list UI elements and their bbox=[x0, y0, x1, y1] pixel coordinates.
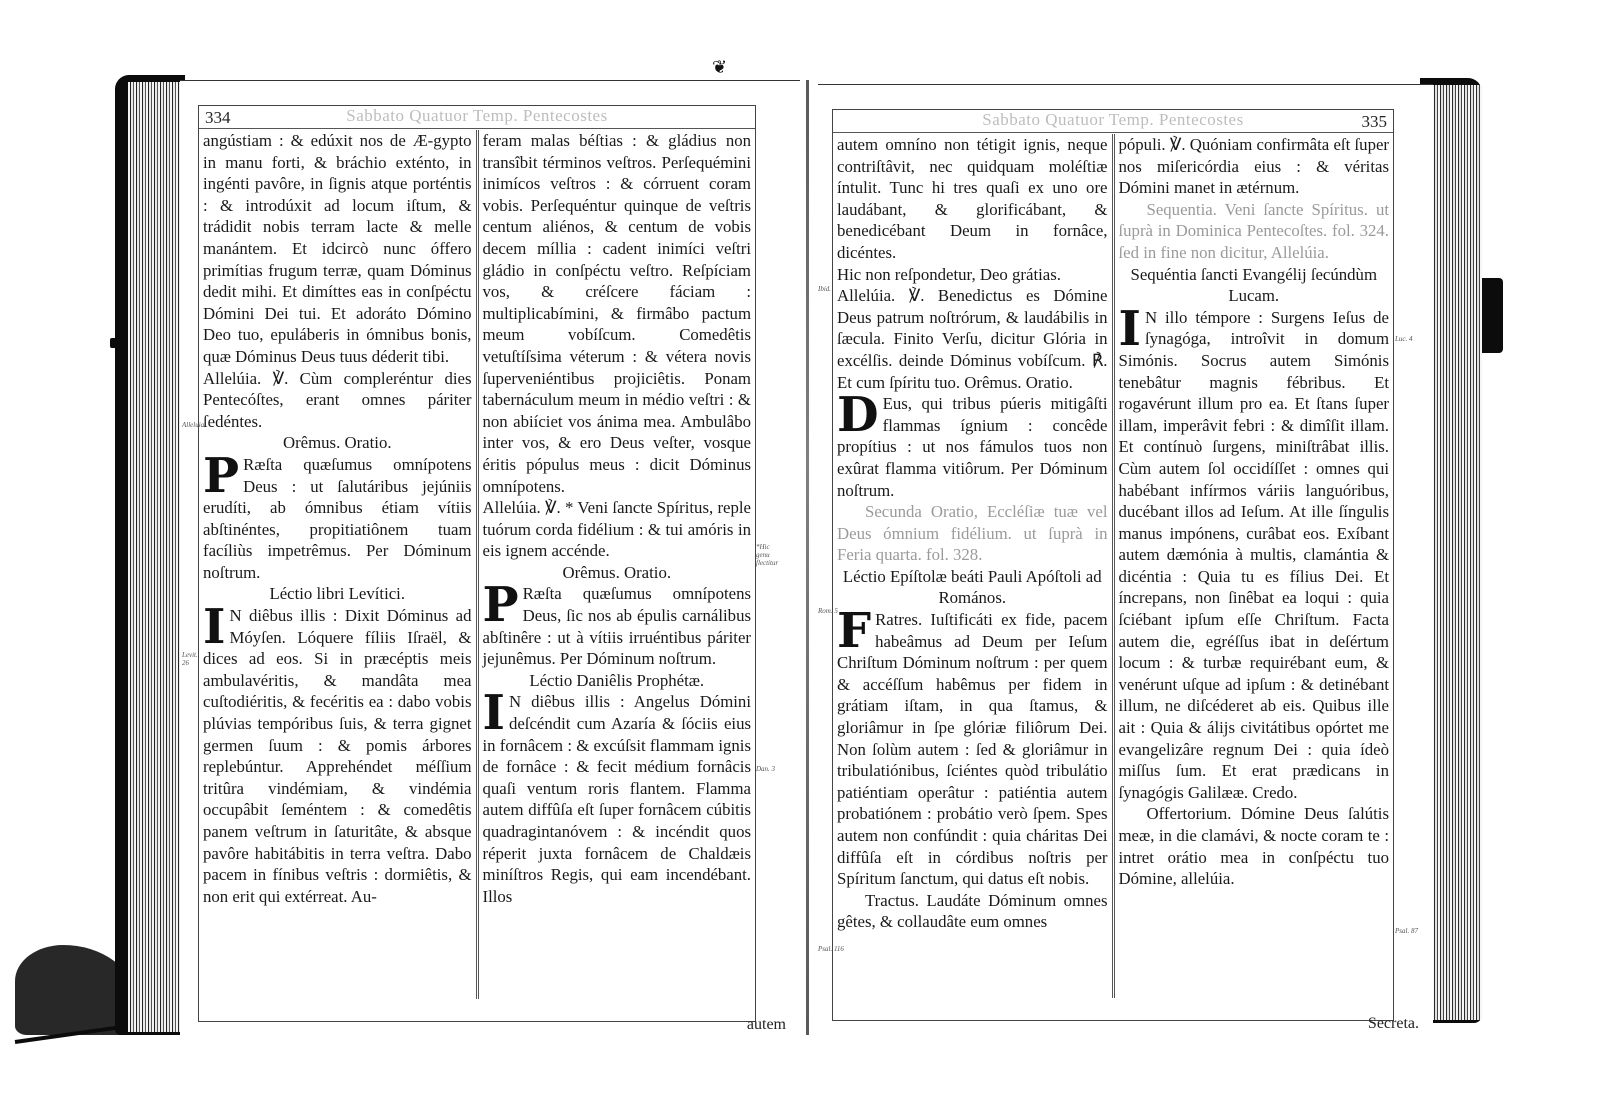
left-page: 334 Sabbato Quatuor Temp. Pentecostes an… bbox=[180, 80, 800, 1036]
epistle-text: Ratres. Iuſtificáti ex fide, pacem habeâ… bbox=[837, 610, 1108, 888]
left-text-frame: 334 Sabbato Quatuor Temp. Pentecostes an… bbox=[198, 105, 756, 1022]
lesson-heading: Léctio libri Levítici. bbox=[203, 583, 472, 605]
rubric-faint: Sequentia. Veni ſancte Spíritus. ut ſupr… bbox=[1119, 199, 1390, 264]
lesson-paragraph: IN diêbus illis : Dixit Dóminus ad Móyſe… bbox=[203, 605, 472, 907]
lesson-text: N diêbus illis : Angelus Dómini deſcéndi… bbox=[483, 692, 752, 905]
margin-note: Ibid. bbox=[818, 285, 831, 293]
dropcap: P bbox=[203, 456, 239, 496]
gospel-text: N illo témpore : Surgens Ieſus de ſynagó… bbox=[1119, 308, 1390, 802]
page-edges-left bbox=[128, 82, 180, 1032]
paragraph: autem omníno non tétigit ignis, neque co… bbox=[837, 134, 1108, 264]
alleluia-verse: Allelúia. ℣. Benedictus es Dómine Deus p… bbox=[837, 285, 1108, 393]
lesson-text: N diêbus illis : Dixit Dóminus ad Móyſen… bbox=[203, 606, 472, 906]
oremus-heading: Orêmus. Oratio. bbox=[483, 562, 752, 584]
oremus-heading: Orêmus. Oratio. bbox=[203, 432, 472, 454]
margin-note: Rom. 5 bbox=[818, 607, 838, 615]
paragraph: feram malas béſtias : & gládius non tran… bbox=[483, 130, 752, 497]
margin-note: Alleluia bbox=[182, 421, 204, 429]
collect-paragraph: DEus, qui tribus púeris mitigâſti flamma… bbox=[837, 393, 1108, 501]
margin-note: Dan. 3 bbox=[756, 765, 775, 773]
right-page-header: Sabbato Quatuor Temp. Pentecostes 335 bbox=[833, 110, 1393, 133]
right-column-1: autem omníno non tétigit ignis, neque co… bbox=[833, 134, 1112, 998]
ornament-icon: ❦ bbox=[712, 57, 727, 78]
alleluia-verse: Allelúia. ℣. Cùm compleréntur dies Pente… bbox=[203, 368, 472, 433]
gutter bbox=[806, 80, 809, 1035]
catchword: autem bbox=[747, 1016, 786, 1034]
running-head: Sabbato Quatuor Temp. Pentecostes bbox=[833, 110, 1393, 130]
margin-note: Psal. 87 bbox=[1395, 927, 1418, 935]
left-columns: angústiam : & edúxit nos de Æ-gypto in m… bbox=[199, 130, 755, 999]
tract: Tractus. Laudáte Dóminum omnes gêtes, & … bbox=[837, 890, 1108, 933]
right-column-2: pópuli. ℣. Quóniam confirmâta eſt ſuper … bbox=[1112, 134, 1394, 998]
catchword: Secreta. bbox=[1368, 1015, 1419, 1033]
margin-note: Levit. 26 bbox=[182, 651, 196, 667]
dropcap: I bbox=[1119, 309, 1141, 349]
offertory: Offertorium. Dómine Deus ſalútis meæ, in… bbox=[1119, 803, 1390, 889]
left-column-2: feram malas béſtias : & gládius non tran… bbox=[476, 130, 756, 999]
dropcap: D bbox=[837, 395, 879, 435]
right-columns: autem omníno non tétigit ignis, neque co… bbox=[833, 134, 1393, 998]
dropcap: I bbox=[203, 607, 225, 647]
collect-text: Ræſta quæſumus omnípotens Deus : ut ſalu… bbox=[203, 455, 472, 582]
dropcap: F bbox=[837, 611, 871, 651]
collect-paragraph: PRæſta quæſumus omnípotens Deus, ſic nos… bbox=[483, 583, 752, 669]
dropcap: I bbox=[483, 693, 505, 733]
gospel-heading: Sequéntia ſancti Evangélij ſecúndùm Luca… bbox=[1119, 264, 1390, 307]
left-page-header: 334 Sabbato Quatuor Temp. Pentecostes bbox=[199, 106, 755, 129]
clasp-left bbox=[110, 338, 122, 348]
rubric: Hic non reſpondetur, Deo grátias. bbox=[837, 264, 1108, 286]
lesson-paragraph: IN diêbus illis : Angelus Dómini deſcénd… bbox=[483, 691, 752, 907]
margin-note: Luc. 4 bbox=[1395, 335, 1413, 343]
dropcap: P bbox=[483, 585, 519, 625]
paragraph: angústiam : & edúxit nos de Æ-gypto in m… bbox=[203, 130, 472, 368]
epistle-heading: Léctio Epíſtolæ beáti Pauli Apóſtoli ad … bbox=[837, 566, 1108, 609]
margin-note: Psal. 116 bbox=[818, 945, 844, 953]
margin-note: *Hic genu flectitur bbox=[756, 543, 778, 567]
gospel-paragraph: IN illo témpore : Surgens Ieſus de ſynag… bbox=[1119, 307, 1390, 804]
lesson-heading: Léctio Daniêlis Prophétæ. bbox=[483, 670, 752, 692]
rubric-faint: Secunda Oratio, Eccléſiæ tuæ vel Deus óm… bbox=[837, 501, 1108, 566]
right-text-frame: Sabbato Quatuor Temp. Pentecostes 335 au… bbox=[832, 109, 1394, 1021]
page-edges-right bbox=[1432, 85, 1482, 1020]
paragraph: pópuli. ℣. Quóniam confirmâta eſt ſuper … bbox=[1119, 134, 1390, 199]
collect-paragraph: PRæſta quæſumus omnípotens Deus : ut ſal… bbox=[203, 454, 472, 584]
left-column-1: angústiam : & edúxit nos de Æ-gypto in m… bbox=[199, 130, 476, 999]
page-number: 335 bbox=[1362, 112, 1388, 132]
epistle-paragraph: FRatres. Iuſtificáti ex fide, pacem habe… bbox=[837, 609, 1108, 890]
running-head: Sabbato Quatuor Temp. Pentecostes bbox=[199, 106, 755, 126]
right-page: Sabbato Quatuor Temp. Pentecostes 335 au… bbox=[818, 84, 1433, 1035]
alleluia-verse: Allelúia. ℣. * Veni ſancte Spíritus, rep… bbox=[483, 497, 752, 562]
collect-text: Ræſta quæſumus omnípotens Deus, ſic nos … bbox=[483, 584, 752, 668]
